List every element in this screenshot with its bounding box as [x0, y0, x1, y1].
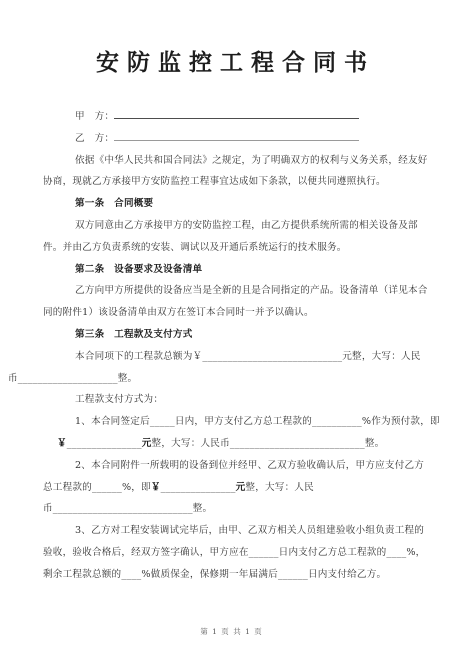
party-b-label: 乙 方：: [75, 133, 114, 144]
payment-item3-line-3: 剩余工程款总额的____%做质保金，保修期一年届满后______日内支付给乙方。: [43, 564, 443, 586]
payment-item2-line-2: 总工程款的______%，即￥_______________元整，大写：人民: [43, 477, 443, 499]
article1-line-1: 双方同意由乙方承接甲方的安防监控工程，由乙方提供系统所需的相关设备及部: [75, 215, 443, 237]
intro-line-2: 协商，现就乙方承接甲方安防监控工程事宜达成如下条款，以便共同遵照执行。: [43, 171, 443, 193]
yuan-symbol: 元: [236, 482, 246, 493]
item2-mid-text: %，即: [122, 482, 151, 493]
payment-item3-line-1: 3、乙方对工程安装调试完毕后，由甲、乙双方相关人员组建验收小组负责工程的: [75, 520, 443, 542]
party-a-row: 甲 方：: [75, 106, 443, 128]
prepay-amount-blank: _______________: [67, 438, 142, 449]
payment-item1-line-1: 1、本合同签定后_____日内，甲方支付乙方总工程款的__________%作为…: [75, 411, 443, 433]
article2-line-2: 同的附件1）该设备清单由双方在签订本合同时一并予以确认。: [43, 302, 443, 324]
total-amount-line-2: 币____________________整。: [8, 368, 443, 390]
article2-line-1: 乙方向甲方所提供的设备应当是全新的且是合同指定的产品。设备清单（详见本合: [75, 280, 443, 302]
contract-title: 安 防 监 控 工 程 合 同 书: [0, 48, 463, 78]
party-a-blank-line: [114, 108, 359, 119]
payment-item2-line-3: 币____________________________整。: [43, 498, 443, 520]
party-b-row: 乙 方：: [75, 128, 443, 150]
payment-item2-line-1: 2、本合同附件一所载明的设备到位并经甲、乙双方验收确认后，甲方应支付乙方: [75, 455, 443, 477]
contract-body: 甲 方： 乙 方： 依据《中华人民共和国合同法》之规定，为了明确双方的权利与义务…: [0, 106, 463, 586]
contract-document-page: 安 防 监 控 工 程 合 同 书 甲 方： 乙 方： 依据《中华人民共和国合同…: [0, 0, 463, 655]
item2-words-label: 整，大写：人民: [245, 482, 314, 493]
party-a-label: 甲 方：: [75, 111, 114, 122]
item2-percent-blank: ______: [92, 482, 122, 493]
prepay-words-label: 整，大写：人民币: [152, 438, 230, 449]
article2-heading: 第二条 设备要求及设备清单: [75, 259, 443, 281]
item2-percent-label: 总工程款的: [43, 482, 92, 493]
article3-heading: 第三条 工程款及支付方式: [75, 324, 443, 346]
payment-item1-line-2: ￥_______________元整，大写：人民币_______________…: [57, 433, 443, 455]
yen-symbol: ￥: [57, 438, 67, 449]
payment-item3-line-2: 验收，验收合格后，经双方签字确认，甲方应在______日内支付乙方总工程款的__…: [43, 542, 443, 564]
total-amount-line-1: 本合同项下的工程款总额为￥___________________________…: [75, 346, 443, 368]
yen-symbol: ￥: [151, 482, 161, 493]
intro-line-1: 依据《中华人民共和国合同法》之规定，为了明确双方的权利与义务关系，经友好: [75, 150, 443, 172]
article1-heading: 第一条 合同概要: [75, 193, 443, 215]
prepay-words-blank: ___________________________: [230, 438, 365, 449]
article1-line-2: 件。并由乙方负责系统的安装、调试以及开通后系统运行的技术服务。: [43, 237, 443, 259]
prepay-end-text: 整。: [365, 438, 385, 449]
party-b-blank-line: [114, 130, 359, 141]
payment-method-intro: 工程款支付方式为：: [75, 389, 443, 411]
page-footer: 第 1 页 共 1 页: [0, 626, 463, 638]
item2-amount-blank: _______________: [161, 482, 236, 493]
yuan-symbol: 元: [142, 438, 152, 449]
